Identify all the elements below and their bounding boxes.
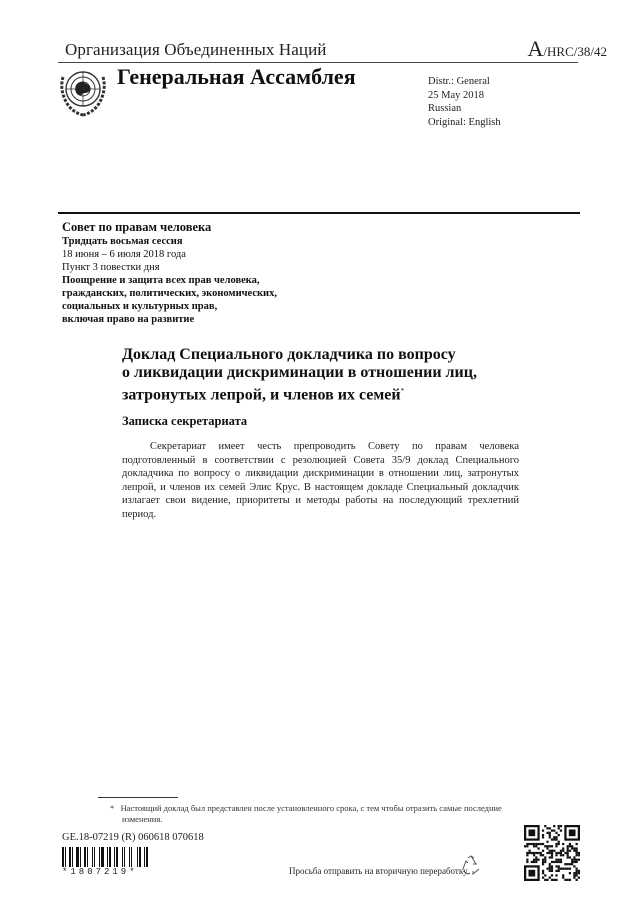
agenda-title-line: социальных и культурных прав, (62, 300, 277, 313)
distribution-type: Distr.: General (428, 75, 501, 89)
session-dates: 18 июня – 6 июля 2018 года (62, 248, 277, 261)
footnote-mark: * (110, 803, 114, 813)
agenda-title-line: включая право на развитие (62, 313, 277, 326)
qr-code-icon (524, 825, 580, 881)
recycle-text: Просьба отправить на вторичную переработ… (289, 866, 468, 876)
section-rule (58, 212, 580, 214)
document-number: GE.18-07219 (R) 060618 070618 (62, 832, 204, 843)
distribution-language: Russian (428, 102, 501, 116)
title-line: Доклад Специального докладчика по вопрос… (122, 346, 522, 364)
distribution-info: Distr.: General 25 May 2018 Russian Orig… (428, 75, 501, 129)
header-rule (58, 62, 578, 63)
footnote: * Настоящий доклад был представлен после… (110, 803, 532, 825)
barcode-number: *1807219* (62, 867, 138, 877)
document-symbol: A/HRC/38/42 (528, 36, 607, 62)
un-emblem-icon (57, 65, 109, 117)
body-paragraph: Секретариат имеет честь препроводить Сов… (122, 440, 519, 521)
agenda-title-line: гражданских, политических, экономических… (62, 287, 277, 300)
agenda-title-line: Поощрение и защита всех прав человека, (62, 274, 277, 287)
symbol-code: /HRC/38/42 (543, 44, 607, 59)
title-line: затронутых лепрой, и членов их семей (122, 386, 401, 403)
symbol-letter: A (528, 36, 544, 61)
document-title: Доклад Специального докладчика по вопрос… (122, 346, 522, 404)
council-name: Совет по правам человека (62, 221, 277, 234)
session-block: Совет по правам человека Тридцать восьма… (62, 221, 277, 326)
session-name: Тридцать восьмая сессия (62, 235, 277, 248)
recycle-icon (460, 853, 482, 877)
title-line: о ликвидации дискриминации в отношении л… (122, 364, 522, 382)
assembly-name: Генеральная Ассамблея (117, 64, 356, 90)
organization-name: Организация Объединенных Наций (65, 40, 327, 60)
distribution-date: 25 May 2018 (428, 89, 501, 103)
original-language: Original: English (428, 116, 501, 130)
note-heading: Записка секретариата (122, 414, 247, 429)
footnote-mark[interactable]: * (401, 387, 405, 395)
footnote-rule (98, 797, 178, 798)
footnote-text: Настоящий доклад был представлен после у… (121, 803, 502, 824)
agenda-item: Пункт 3 повестки дня (62, 261, 277, 274)
barcode (62, 847, 150, 867)
